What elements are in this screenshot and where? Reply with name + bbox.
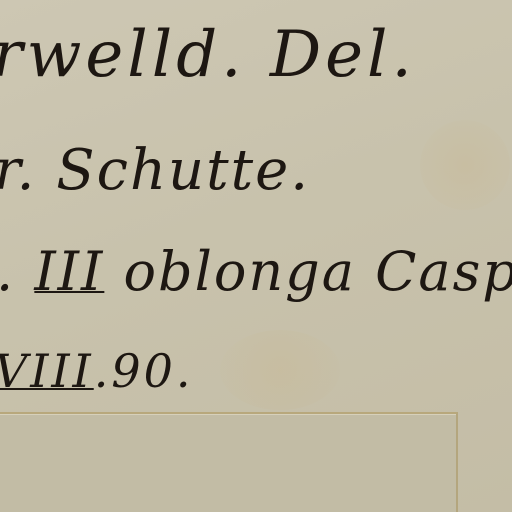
- handwritten-line-1: rwelld. Del.: [0, 18, 416, 92]
- roman-numeral: III: [34, 240, 104, 303]
- line-3-prefix: .: [0, 240, 34, 303]
- pasted-paper-label: [0, 412, 458, 512]
- paper-stain: [420, 120, 510, 210]
- handwritten-line-3: . III oblonga Casp: [0, 240, 512, 303]
- month-numeral: VIII: [0, 344, 94, 398]
- year-text: .90.: [94, 344, 194, 398]
- handwritten-line-4: VIII.90.: [0, 344, 194, 398]
- line-3-text: oblonga Casp: [124, 240, 512, 303]
- handwritten-line-2: r. Schutte.: [0, 138, 310, 203]
- paper-stain: [220, 330, 340, 410]
